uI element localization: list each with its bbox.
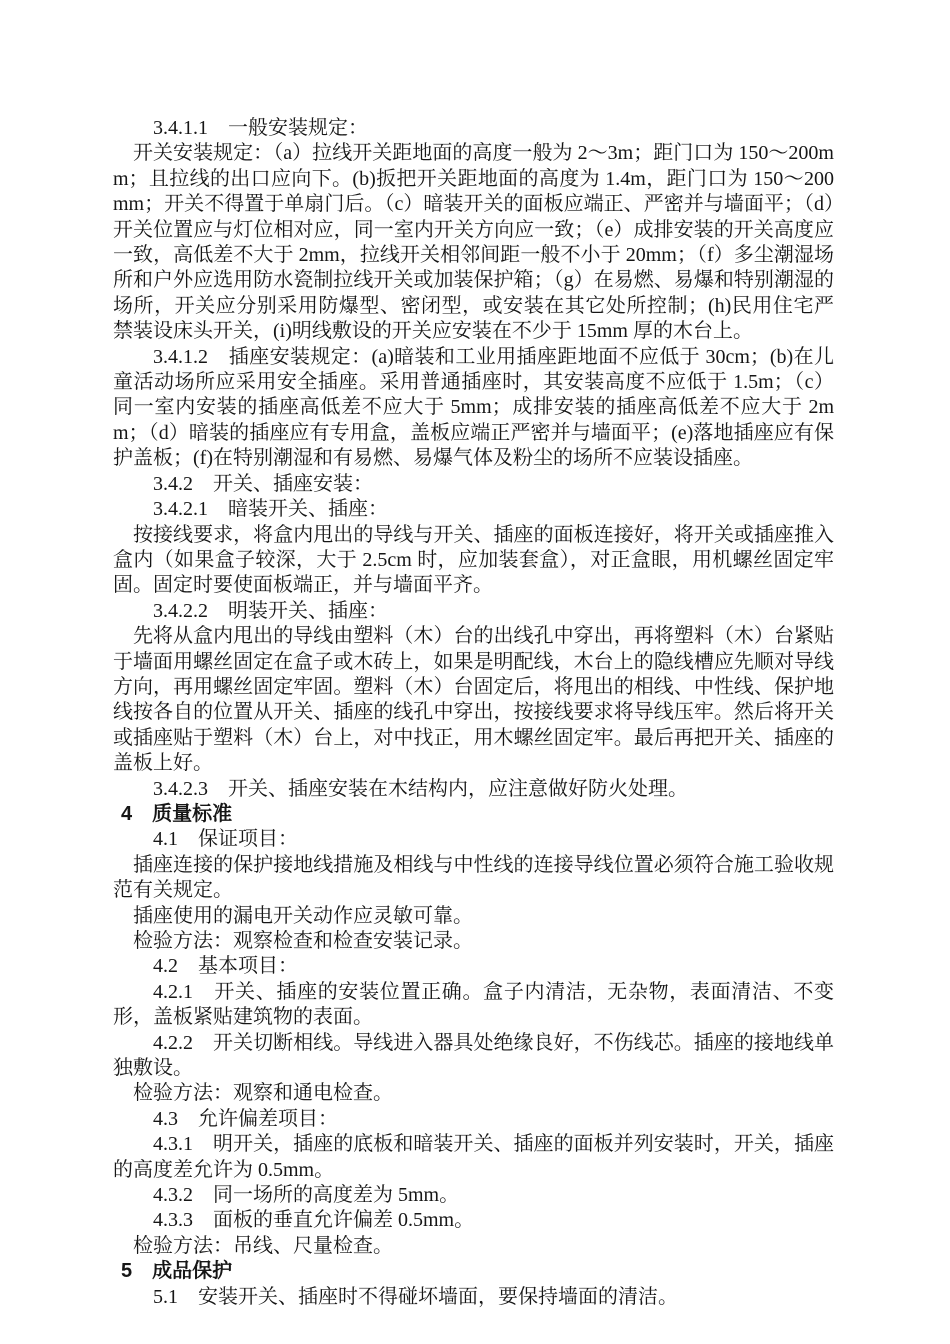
paragraph: 按接线要求，将盒内甩出的导线与开关、插座的面板连接好，将开关或插座推入盒内（如果… xyxy=(113,523,834,599)
section-heading: 4.3.3 面板的垂直允许偏差 0.5mm。 xyxy=(113,1208,834,1233)
section-heading: 5.1 安装开关、插座时不得碰坏墙面，要保持墙面的清洁。 xyxy=(113,1285,834,1310)
paragraph: 检验方法：观察和通电检查。 xyxy=(113,1081,834,1106)
section-heading: 3.4.2.3 开关、插座安装在木结构内，应注意做好防火处理。 xyxy=(113,777,834,802)
section-heading: 4 质量标准 xyxy=(113,802,834,827)
paragraph: 检验方法：吊线、尺量检查。 xyxy=(113,1234,834,1259)
section-heading: 4.3 允许偏差项目： xyxy=(113,1107,834,1132)
section-heading: 3.4.2 开关、插座安装： xyxy=(113,472,834,497)
section-heading: 4.2 基本项目： xyxy=(113,954,834,979)
document-page: 3.4.1.1 一般安装规定：开关安装规定：（a）拉线开关距地面的高度一般为 2… xyxy=(113,116,834,1310)
section-heading: 4.1 保证项目： xyxy=(113,827,834,852)
paragraph: 4.2.2 开关切断相线。导线进入器具处绝缘良好，不伤线芯。插座的接地线单独敷设… xyxy=(113,1031,834,1082)
section-heading: 3.4.1.1 一般安装规定： xyxy=(113,116,834,141)
paragraph: 4.2.1 开关、插座的安装位置正确。盒子内清洁，无杂物，表面清洁、不变形，盖板… xyxy=(113,980,834,1031)
paragraph: 4.3.1 明开关，插座的底板和暗装开关、插座的面板并列安装时，开关，插座的高度… xyxy=(113,1132,834,1183)
paragraph: 开关安装规定：（a）拉线开关距地面的高度一般为 2～3m；距门口为 150～20… xyxy=(113,141,834,344)
paragraph: 3.4.1.2 插座安装规定：(a)暗装和工业用插座距地面不应低于 30cm；(… xyxy=(113,345,834,472)
paragraph: 检验方法：观察检查和检查安装记录。 xyxy=(113,929,834,954)
paragraph: 插座连接的保护接地线措施及相线与中性线的连接导线位置必须符合施工验收规范有关规定… xyxy=(113,853,834,904)
section-heading: 3.4.2.2 明装开关、插座： xyxy=(113,599,834,624)
section-heading: 4.3.2 同一场所的高度差为 5mm。 xyxy=(113,1183,834,1208)
section-heading: 3.4.2.1 暗装开关、插座： xyxy=(113,497,834,522)
paragraph: 插座使用的漏电开关动作应灵敏可靠。 xyxy=(113,904,834,929)
section-heading: 5 成品保护 xyxy=(113,1259,834,1284)
paragraph: 先将从盒内甩出的导线由塑料（木）台的出线孔中穿出，再将塑料（木）台紧贴于墙面用螺… xyxy=(113,624,834,776)
document-body: 3.4.1.1 一般安装规定：开关安装规定：（a）拉线开关距地面的高度一般为 2… xyxy=(113,116,834,1310)
